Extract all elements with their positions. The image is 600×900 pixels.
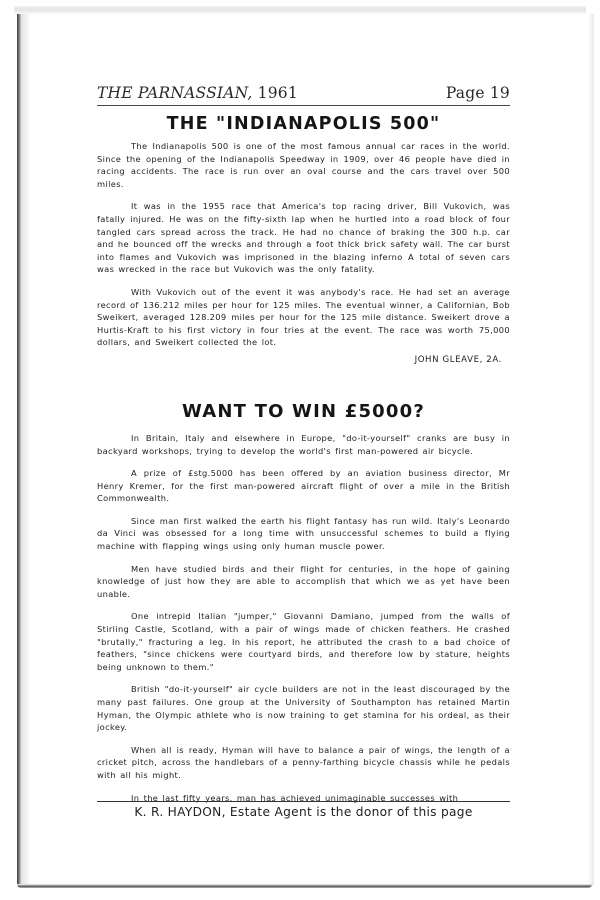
- page-right-edge: [588, 14, 594, 886]
- paragraph: British "do-it-yourself" air cycle build…: [97, 683, 510, 733]
- paragraph: In Britain, Italy and elsewhere in Europ…: [97, 432, 510, 457]
- paragraph: It was in the 1955 race that America's t…: [97, 200, 510, 276]
- running-head: THE PARNASSIAN, 1961 Page 19: [97, 84, 510, 106]
- paragraph: With Vukovich out of the event it was an…: [97, 286, 510, 349]
- article-title: THE "INDIANAPOLIS 500": [97, 114, 510, 134]
- publication-title: THE PARNASSIAN, 1961: [97, 84, 298, 102]
- article-indianapolis: THE "INDIANAPOLIS 500" The Indianapolis …: [97, 114, 510, 365]
- article-title: WANT TO WIN £5000?: [97, 401, 510, 422]
- binding-shadow: [21, 14, 31, 884]
- paragraph: The Indianapolis 500 is one of the most …: [97, 140, 510, 190]
- publication-year: 1961: [258, 84, 298, 102]
- page-bottom-edge: [17, 884, 592, 888]
- sponsor-footer: K. R. HAYDON, Estate Agent is the donor …: [97, 801, 510, 819]
- paragraph: Men have studied birds and their flight …: [97, 563, 510, 601]
- page-top-edge: [14, 6, 586, 14]
- article-want-to-win: WANT TO WIN £5000? In Britain, Italy and…: [97, 401, 510, 804]
- page-content: THE PARNASSIAN, 1961 Page 19 THE "INDIAN…: [97, 84, 510, 814]
- publication-name: THE PARNASSIAN,: [97, 84, 253, 102]
- paragraph: Since man first walked the earth his fli…: [97, 515, 510, 553]
- byline: JOHN GLEAVE, 2A.: [97, 355, 510, 365]
- paragraph: When all is ready, Hyman will have to ba…: [97, 744, 510, 782]
- paragraph: A prize of £stg.5000 has been offered by…: [97, 467, 510, 505]
- paragraph: One intrepid Italian "jumper," Giovanni …: [97, 610, 510, 673]
- page-number: Page 19: [446, 84, 510, 102]
